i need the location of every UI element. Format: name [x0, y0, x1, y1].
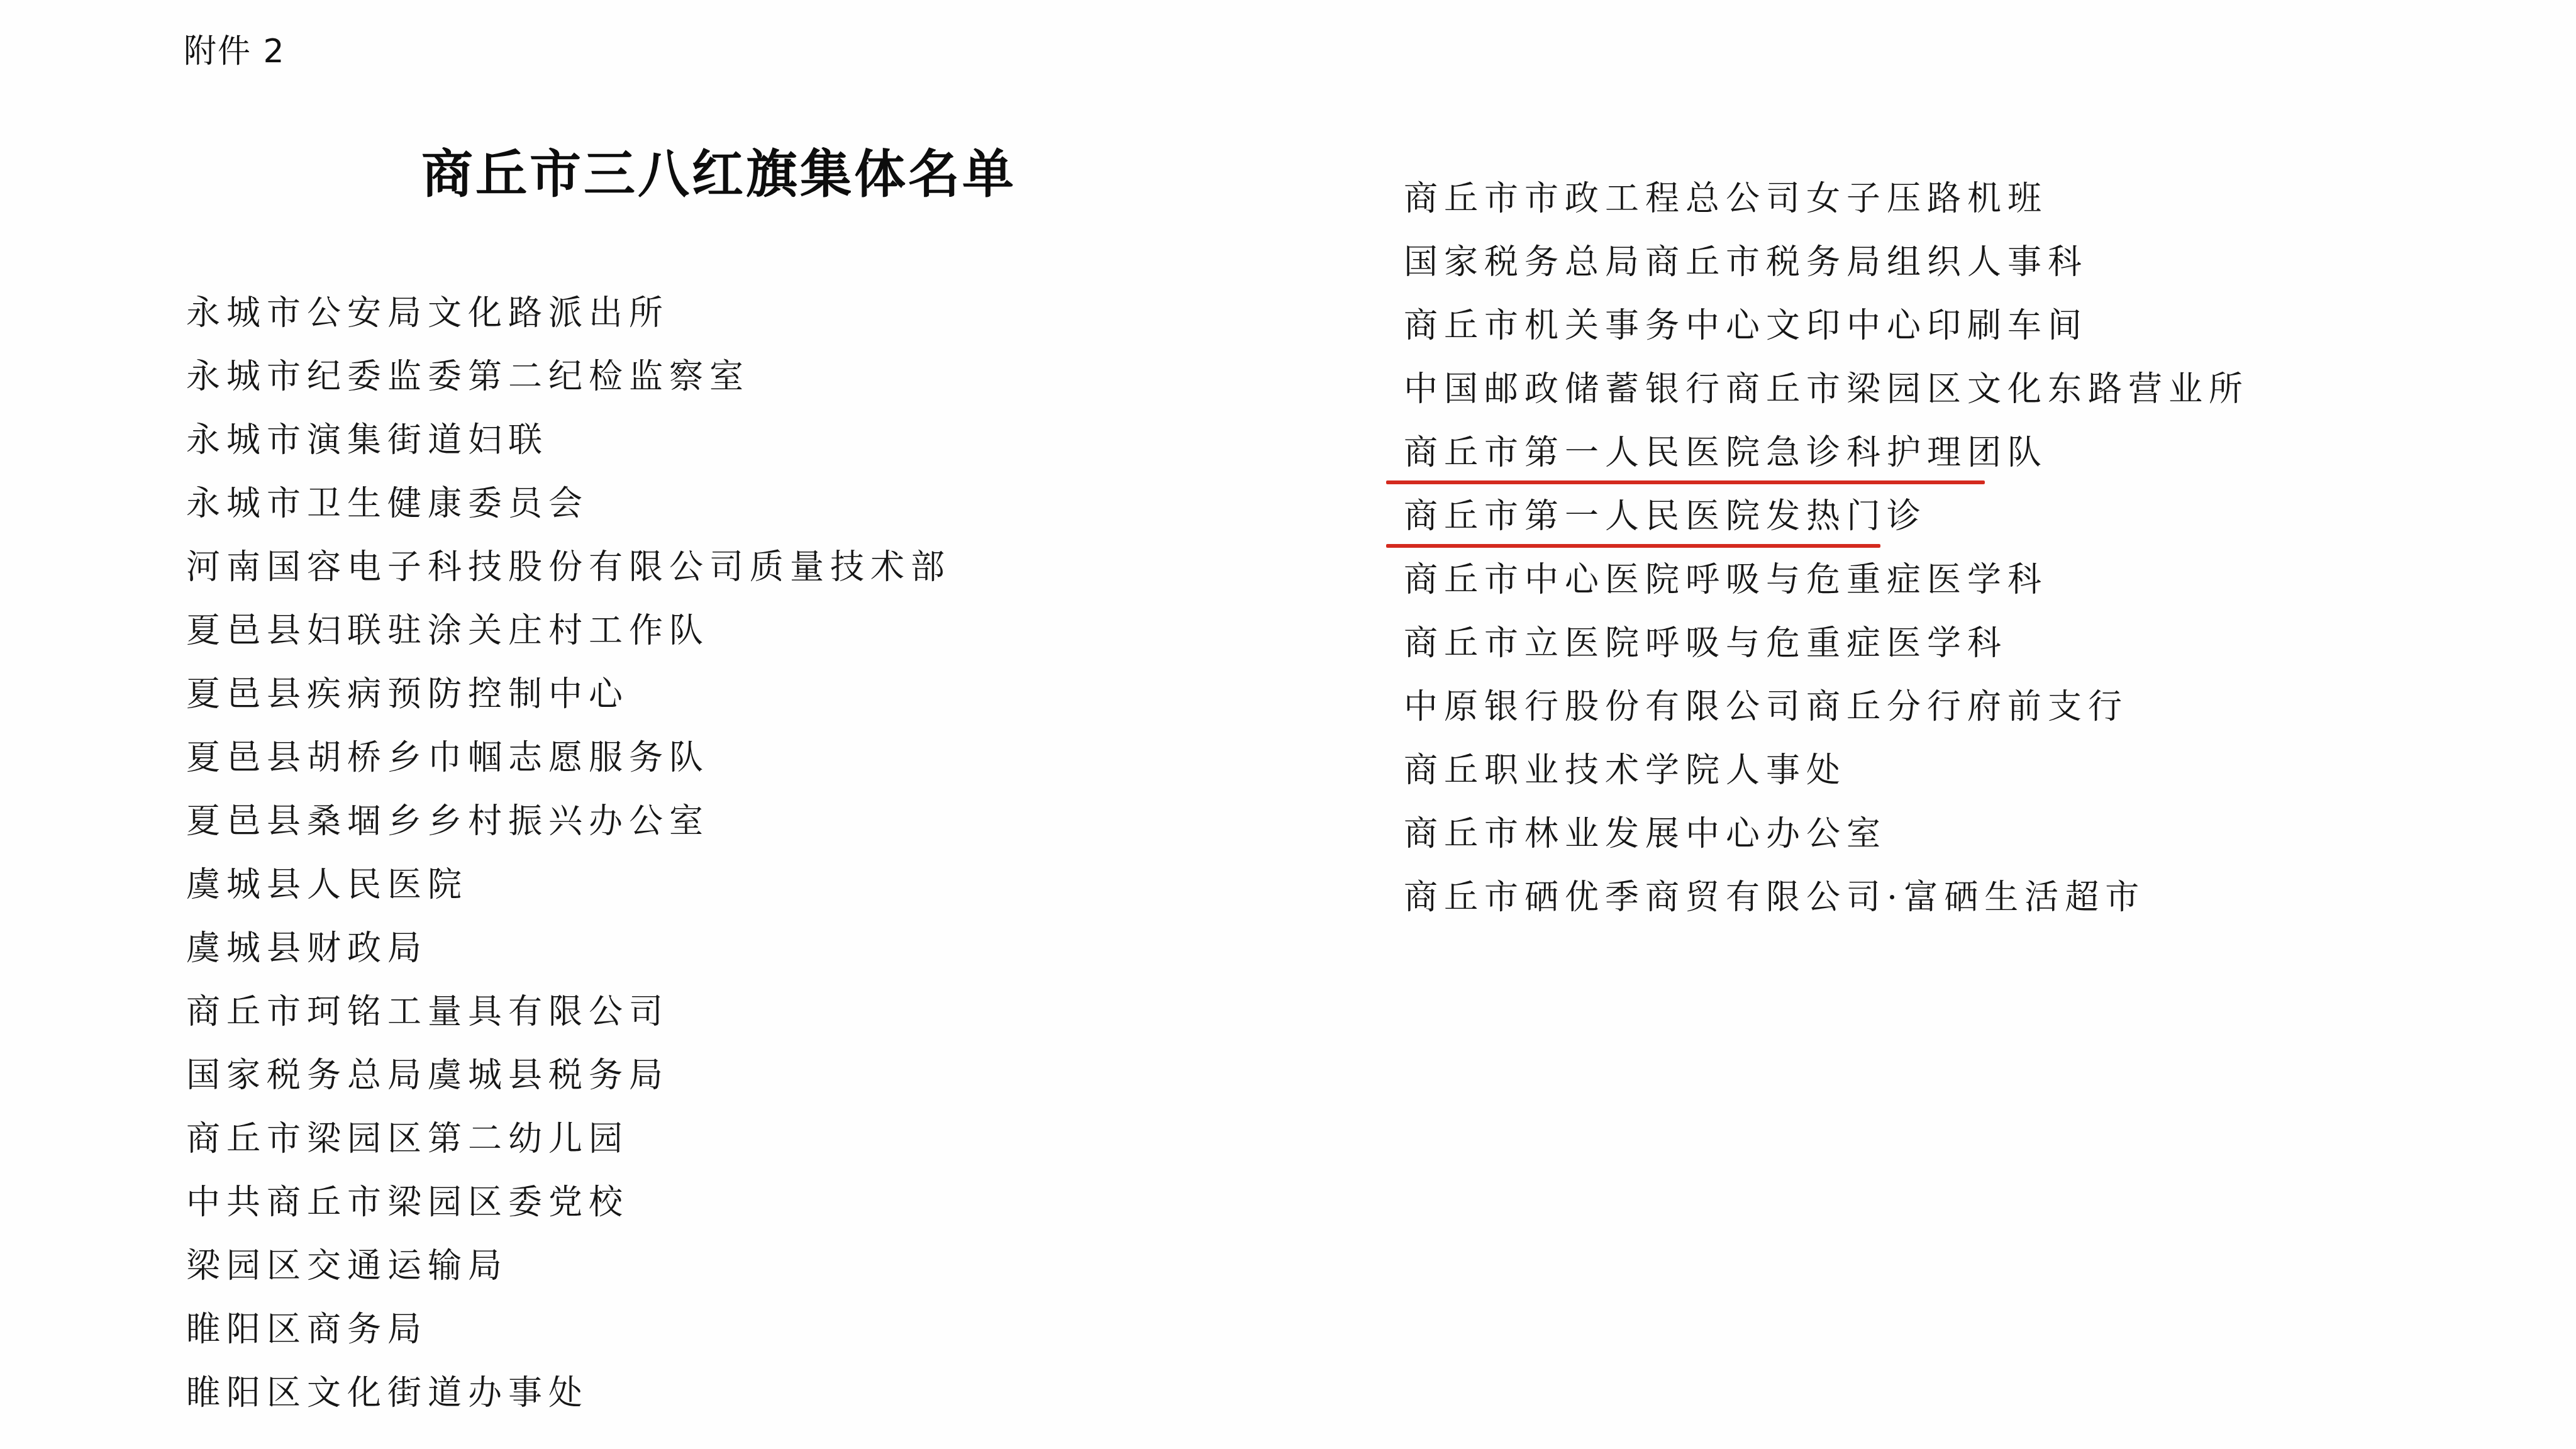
list-item-text: 商丘市硒优季商贸有限公司·富硒生活超市 — [1404, 867, 2145, 928]
list-item-text: 中原银行股份有限公司商丘分行府前支行 — [1404, 677, 2128, 737]
list-item: 中共商丘市梁园区委党校 — [186, 1172, 951, 1236]
document-title: 商丘市三八红旗集体名单 — [421, 140, 1016, 209]
list-item-text: 河南国容电子科技股份有限公司质量技术部 — [186, 537, 951, 597]
highlighted-list-item: 商丘市第一人民医院发热门诊 — [1404, 486, 2249, 550]
list-item-text: 永城市纪委监委第二纪检监察室 — [186, 347, 750, 407]
list-item-text: 商丘市市政工程总公司女子压路机班 — [1404, 169, 2048, 229]
list-item-text: 商丘市中心医院呼吸与危重症医学科 — [1404, 550, 2048, 610]
list-item: 国家税务总局商丘市税务局组织人事科 — [1404, 232, 2249, 296]
list-item: 商丘市林业发展中心办公室 — [1404, 804, 2249, 867]
document-page: 附件 2 商丘市三八红旗集体名单 永城市公安局文化路派出所 永城市纪委监委第二纪… — [0, 0, 2576, 1449]
attachment-label: 附件 2 — [184, 28, 286, 75]
left-name-list: 永城市公安局文化路派出所 永城市纪委监委第二纪检监察室 永城市演集街道妇联 永城… — [186, 283, 951, 1426]
list-item: 商丘市机关事务中心文印中心印刷车间 — [1404, 296, 2249, 359]
highlighted-list-item: 商丘市第一人民医院急诊科护理团队 — [1404, 423, 2249, 486]
list-item-text: 虞城县财政局 — [186, 918, 428, 979]
list-item: 永城市演集街道妇联 — [186, 410, 951, 474]
list-item-text: 商丘市立医院呼吸与危重症医学科 — [1404, 613, 2007, 674]
right-name-list: 商丘市市政工程总公司女子压路机班 国家税务总局商丘市税务局组织人事科 商丘市机关… — [1404, 169, 2249, 931]
list-item-text: 永城市演集街道妇联 — [186, 410, 548, 470]
red-underline-annotation — [1386, 480, 1985, 484]
list-item: 商丘市市政工程总公司女子压路机班 — [1404, 169, 2249, 232]
list-item-text: 夏邑县胡桥乡巾帼志愿服务队 — [186, 728, 709, 788]
list-item: 梁园区交通运输局 — [186, 1236, 951, 1299]
list-item-text: 国家税务总局商丘市税务局组织人事科 — [1404, 232, 2088, 292]
list-item: 河南国容电子科技股份有限公司质量技术部 — [186, 537, 951, 601]
list-item-text: 虞城县人民医院 — [186, 855, 468, 915]
list-item-text: 夏邑县疾病预防控制中心 — [186, 664, 629, 724]
list-item: 睢阳区文化街道办事处 — [186, 1363, 951, 1426]
list-item: 虞城县财政局 — [186, 918, 951, 982]
list-item: 永城市纪委监委第二纪检监察室 — [186, 347, 951, 410]
list-item: 中国邮政储蓄银行商丘市梁园区文化东路营业所 — [1404, 359, 2249, 423]
list-item: 商丘市中心医院呼吸与危重症医学科 — [1404, 550, 2249, 613]
list-item-text: 商丘职业技术学院人事处 — [1404, 740, 1846, 801]
list-item: 商丘市硒优季商贸有限公司·富硒生活超市 — [1404, 867, 2249, 931]
list-item: 夏邑县胡桥乡巾帼志愿服务队 — [186, 728, 951, 791]
list-item: 夏邑县桑堌乡乡村振兴办公室 — [186, 791, 951, 855]
list-item: 商丘市梁园区第二幼儿园 — [186, 1109, 951, 1172]
list-item-text: 夏邑县妇联驻涂关庄村工作队 — [186, 601, 709, 661]
list-item-text: 商丘市第一人民医院发热门诊 — [1404, 486, 1927, 547]
list-item-text: 商丘市梁园区第二幼儿园 — [186, 1109, 629, 1169]
list-item-text: 永城市卫生健康委员会 — [186, 474, 589, 534]
list-item-text: 商丘市林业发展中心办公室 — [1404, 804, 1887, 864]
list-item-text: 商丘市机关事务中心文印中心印刷车间 — [1404, 296, 2088, 356]
list-item-text: 商丘市第一人民医院急诊科护理团队 — [1404, 423, 2048, 483]
list-item: 夏邑县疾病预防控制中心 — [186, 664, 951, 728]
list-item: 中原银行股份有限公司商丘分行府前支行 — [1404, 677, 2249, 740]
list-item: 商丘市珂铭工量具有限公司 — [186, 982, 951, 1045]
list-item: 国家税务总局虞城县税务局 — [186, 1045, 951, 1109]
list-item: 夏邑县妇联驻涂关庄村工作队 — [186, 601, 951, 664]
list-item: 商丘职业技术学院人事处 — [1404, 740, 2249, 804]
red-underline-annotation — [1386, 544, 1880, 548]
list-item-text: 中国邮政储蓄银行商丘市梁园区文化东路营业所 — [1404, 359, 2249, 419]
list-item-text: 夏邑县桑堌乡乡村振兴办公室 — [186, 791, 709, 852]
list-item: 永城市公安局文化路派出所 — [186, 283, 951, 347]
list-item: 商丘市立医院呼吸与危重症医学科 — [1404, 613, 2249, 677]
list-item-text: 永城市公安局文化路派出所 — [186, 283, 669, 343]
list-item-text: 中共商丘市梁园区委党校 — [186, 1172, 629, 1233]
list-item: 睢阳区商务局 — [186, 1299, 951, 1363]
list-item-text: 睢阳区商务局 — [186, 1299, 428, 1360]
list-item-text: 商丘市珂铭工量具有限公司 — [186, 982, 669, 1042]
list-item: 虞城县人民医院 — [186, 855, 951, 918]
list-item-text: 睢阳区文化街道办事处 — [186, 1363, 589, 1423]
list-item-text: 梁园区交通运输局 — [186, 1236, 508, 1296]
list-item: 永城市卫生健康委员会 — [186, 474, 951, 537]
list-item-text: 国家税务总局虞城县税务局 — [186, 1045, 669, 1106]
